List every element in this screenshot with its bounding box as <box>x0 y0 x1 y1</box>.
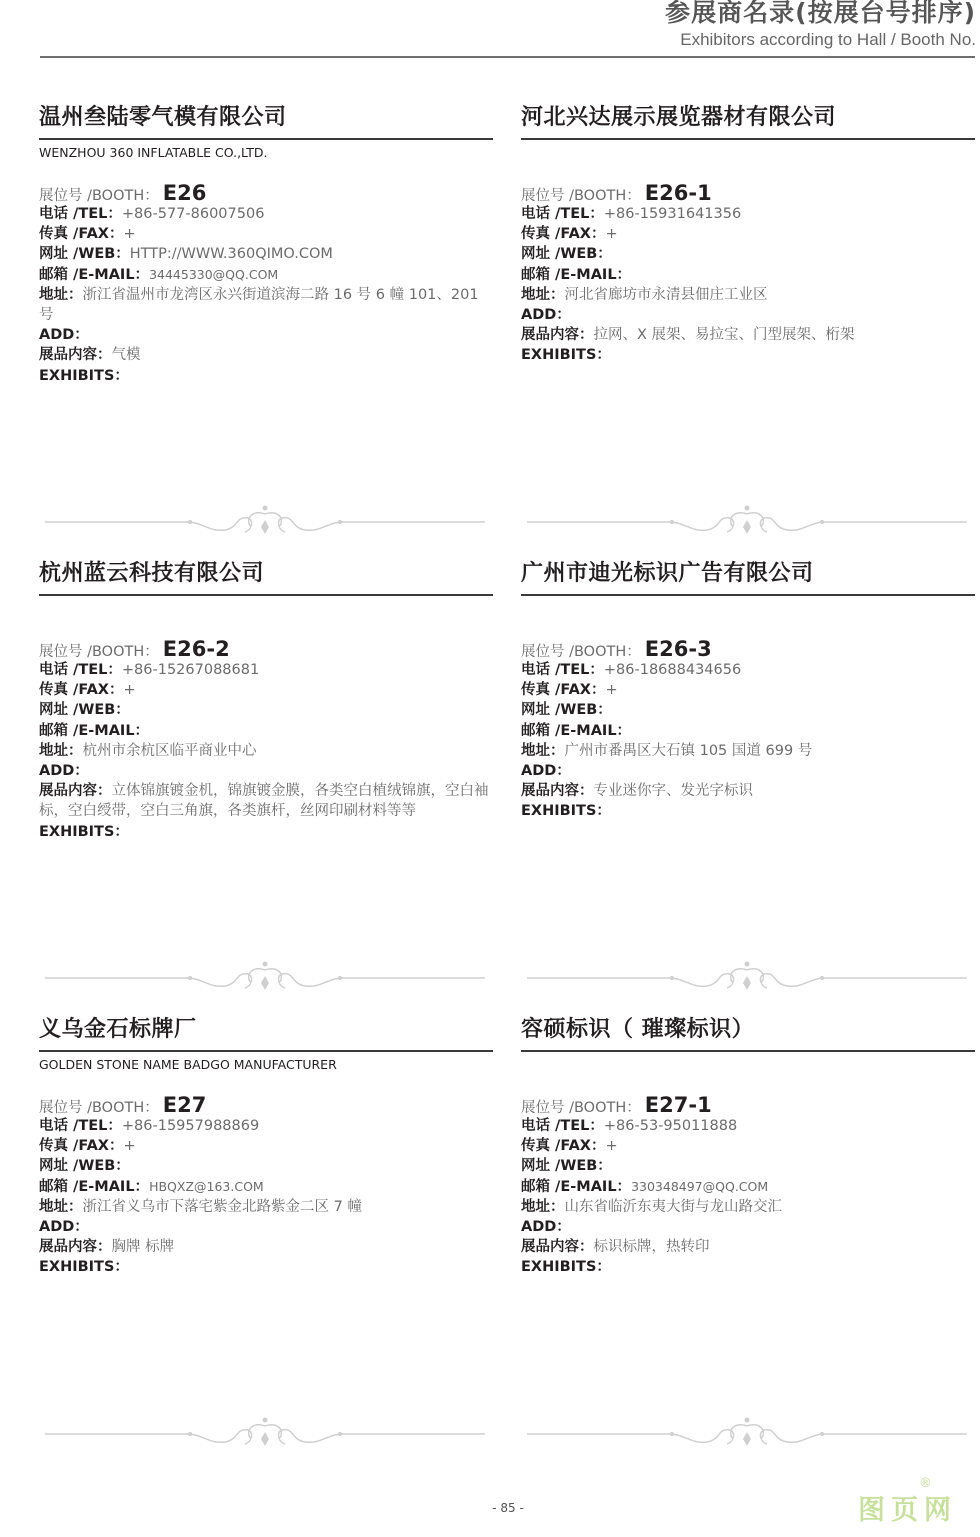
fax-row: 传真 /FAX：+ <box>521 224 975 244</box>
tel-value: +86-15957988869 <box>122 1118 259 1134</box>
tel-label: 电话 /TEL： <box>521 1118 604 1134</box>
address-value: 杭州市余杭区临平商业中心 <box>83 743 257 759</box>
exhibits-cn-label: 展品内容： <box>521 783 594 799</box>
flourish-icon <box>522 958 972 998</box>
address-row: 地址：山东省临沂东夷大街与龙山路交汇 <box>521 1197 975 1217</box>
fax-row: 传真 /FAX：+ <box>39 680 493 700</box>
fax-row: 传真 /FAX：+ <box>521 1136 975 1156</box>
flourish-icon <box>522 502 972 542</box>
page-number: - 85 - <box>0 1501 980 1515</box>
flourish-icon <box>522 1414 972 1454</box>
page-header: 参展商名录(按展台号排序) Exhibitors according to Ha… <box>665 0 976 51</box>
ornamental-divider <box>522 1414 972 1454</box>
exhibitor-entry: 容硕标识（ 璀璨标识） 展位号 /BOOTH：E27-1 电话 /TEL：+86… <box>521 1015 975 1073</box>
flourish-icon <box>40 502 490 542</box>
exhibits-en-row: EXHIBITS： <box>39 1257 493 1277</box>
fax-value: + <box>124 226 136 242</box>
web-value[interactable]: HTTP://WWW.360QIMO.COM <box>130 246 333 262</box>
web-row: 网址 /WEB： <box>521 244 975 264</box>
address-row: 地址：杭州市余杭区临平商业中心 <box>39 741 493 761</box>
ornamental-divider <box>40 1414 490 1454</box>
title-underline <box>521 594 975 596</box>
exhibitor-details: 展位号 /BOOTH：E26-1 电话 /TEL：+86-15931641356… <box>521 182 975 366</box>
add-label: ADD： <box>39 763 89 779</box>
tel-label: 电话 /TEL： <box>39 662 122 678</box>
exhibits-en-row: EXHIBITS： <box>521 345 975 365</box>
address-value: 广州市番禺区大石镇 105 国道 699 号 <box>565 743 813 759</box>
exhibits-cn-label: 展品内容： <box>521 1239 594 1255</box>
exhibitor-name-en <box>521 1057 975 1073</box>
web-row: 网址 /WEB：HTTP://WWW.360QIMO.COM <box>39 244 493 264</box>
email-row: 邮箱 /E-MAIL： <box>521 265 975 285</box>
tel-value: +86-18688434656 <box>604 662 741 678</box>
web-label: 网址 /WEB： <box>521 246 612 262</box>
address-value: 山东省临沂东夷大街与龙山路交汇 <box>565 1199 783 1215</box>
exhibits-cn-row: 展品内容：气模 <box>39 345 493 365</box>
add-row: ADD： <box>521 1217 975 1237</box>
address-label: 地址： <box>39 1199 83 1215</box>
address-label: 地址： <box>39 287 83 303</box>
exhibitor-name-cn: 广州市迪光标识广告有限公司 <box>521 559 975 589</box>
tel-row: 电话 /TEL：+86-18688434656 <box>521 660 975 680</box>
address-value: 浙江省温州市龙湾区永兴街道滨海二路 16 号 6 幢 101、201 号 <box>39 287 479 323</box>
tel-value: +86-15931641356 <box>604 206 741 222</box>
email-value[interactable]: 330348497@QQ.COM <box>631 1179 768 1194</box>
watermark-text: 图页网 <box>858 1488 957 1527</box>
add-row: ADD： <box>521 305 975 325</box>
exhibits-en-label: EXHIBITS： <box>39 368 129 384</box>
address-label: 地址： <box>521 743 565 759</box>
exhibitor-name-cn: 义乌金石标牌厂 <box>39 1015 493 1045</box>
fax-value: + <box>124 1138 136 1154</box>
exhibits-en-row: EXHIBITS： <box>39 366 493 386</box>
add-row: ADD： <box>39 1217 493 1237</box>
booth-row: 展位号 /BOOTH：E26-3 <box>521 638 975 660</box>
exhibitor-name-cn: 河北兴达展示展览器材有限公司 <box>521 103 975 133</box>
exhibits-en-label: EXHIBITS： <box>521 1259 611 1275</box>
booth-label: 展位号 /BOOTH： <box>521 188 641 204</box>
fax-label: 传真 /FAX： <box>521 1138 606 1154</box>
booth-number: E26-2 <box>163 637 230 661</box>
booth-row: 展位号 /BOOTH：E27 <box>39 1094 493 1116</box>
exhibitor-entry: 义乌金石标牌厂 GOLDEN STONE NAME BADGO MANUFACT… <box>39 1015 493 1073</box>
web-row: 网址 /WEB： <box>39 700 493 720</box>
exhibits-cn-label: 展品内容： <box>39 783 112 799</box>
fax-row: 传真 /FAX：+ <box>39 224 493 244</box>
add-label: ADD： <box>39 1219 89 1235</box>
exhibits-cn-value: 专业迷你字、发光字标识 <box>594 783 754 799</box>
add-label: ADD： <box>521 763 571 779</box>
exhibits-cn-row: 展品内容：胸牌 标牌 <box>39 1237 493 1257</box>
address-row: 地址：浙江省温州市龙湾区永兴街道滨海二路 16 号 6 幢 101、201 号 <box>39 285 493 325</box>
email-value[interactable]: HBQXZ@163.COM <box>149 1179 264 1194</box>
booth-row: 展位号 /BOOTH：E26-2 <box>39 638 493 660</box>
address-row: 地址：浙江省义乌市下落宅紫金北路紫金二区 7 幢 <box>39 1197 493 1217</box>
title-underline <box>39 1050 493 1052</box>
address-row: 地址：河北省廊坊市永清县佃庄工业区 <box>521 285 975 305</box>
booth-number: E26-1 <box>645 181 712 205</box>
exhibits-cn-row: 展品内容：立体锦旗镀金机，锦旗镀金膜，各类空白植绒锦旗，空白袖标，空白绶带，空白… <box>39 781 493 821</box>
tel-value: +86-15267088681 <box>122 662 259 678</box>
exhibits-en-label: EXHIBITS： <box>521 803 611 819</box>
watermark-logo: 图页网 ® <box>858 1476 968 1526</box>
tel-row: 电话 /TEL：+86-577-86007506 <box>39 204 493 224</box>
title-underline <box>39 594 493 596</box>
exhibits-cn-row: 展品内容：专业迷你字、发光字标识 <box>521 781 975 801</box>
address-value: 河北省廊坊市永清县佃庄工业区 <box>565 287 768 303</box>
email-row: 邮箱 /E-MAIL：330348497@QQ.COM <box>521 1177 975 1197</box>
email-label: 邮箱 /E-MAIL： <box>39 267 149 283</box>
exhibitor-name-cn: 杭州蓝云科技有限公司 <box>39 559 493 589</box>
exhibitor-details: 展位号 /BOOTH：E26-3 电话 /TEL：+86-18688434656… <box>521 638 975 822</box>
booth-label: 展位号 /BOOTH： <box>521 644 641 660</box>
email-label: 邮箱 /E-MAIL： <box>39 723 149 739</box>
fax-label: 传真 /FAX： <box>39 1138 124 1154</box>
exhibits-cn-value: 拉网、X 展架、易拉宝、门型展架、桁架 <box>594 327 855 343</box>
booth-number: E27 <box>163 1093 207 1117</box>
web-label: 网址 /WEB： <box>39 702 130 718</box>
tel-row: 电话 /TEL：+86-15931641356 <box>521 204 975 224</box>
address-label: 地址： <box>39 743 83 759</box>
exhibitor-name-en <box>521 601 975 617</box>
booth-number: E26-3 <box>645 637 712 661</box>
email-label: 邮箱 /E-MAIL： <box>39 1179 149 1195</box>
add-row: ADD： <box>39 325 493 345</box>
tel-row: 电话 /TEL：+86-53-95011888 <box>521 1116 975 1136</box>
web-label: 网址 /WEB： <box>39 1158 130 1174</box>
tel-value: +86-53-95011888 <box>604 1118 737 1134</box>
exhibits-en-label: EXHIBITS： <box>521 347 611 363</box>
exhibitor-details: 展位号 /BOOTH：E26 电话 /TEL：+86-577-86007506 … <box>39 182 493 386</box>
booth-label: 展位号 /BOOTH： <box>39 188 159 204</box>
web-label: 网址 /WEB： <box>521 702 612 718</box>
booth-row: 展位号 /BOOTH：E26-1 <box>521 182 975 204</box>
add-label: ADD： <box>39 327 89 343</box>
exhibitor-entry: 温州叁陆零气模有限公司 WENZHOU 360 INFLATABLE CO.,L… <box>39 103 493 161</box>
fax-label: 传真 /FAX： <box>39 226 124 242</box>
exhibits-en-row: EXHIBITS： <box>521 1257 975 1277</box>
tel-label: 电话 /TEL： <box>521 206 604 222</box>
tel-label: 电话 /TEL： <box>39 1118 122 1134</box>
booth-label: 展位号 /BOOTH： <box>39 644 159 660</box>
email-label: 邮箱 /E-MAIL： <box>521 723 631 739</box>
tel-value: +86-577-86007506 <box>122 206 265 222</box>
exhibits-cn-label: 展品内容： <box>39 1239 112 1255</box>
address-value: 浙江省义乌市下落宅紫金北路紫金二区 7 幢 <box>83 1199 362 1215</box>
page-title-en: Exhibitors according to Hall / Booth No. <box>665 29 976 51</box>
add-label: ADD： <box>521 307 571 323</box>
booth-number: E26 <box>163 181 207 205</box>
fax-label: 传真 /FAX： <box>39 682 124 698</box>
exhibitor-entry: 广州市迪光标识广告有限公司 展位号 /BOOTH：E26-3 电话 /TEL：+… <box>521 559 975 617</box>
booth-row: 展位号 /BOOTH：E27-1 <box>521 1094 975 1116</box>
exhibits-cn-label: 展品内容： <box>521 327 594 343</box>
web-row: 网址 /WEB： <box>521 1156 975 1176</box>
tel-row: 电话 /TEL：+86-15267088681 <box>39 660 493 680</box>
exhibitor-name-en: GOLDEN STONE NAME BADGO MANUFACTURER <box>39 1057 493 1073</box>
booth-label: 展位号 /BOOTH： <box>521 1100 641 1116</box>
ornamental-divider <box>40 502 490 542</box>
exhibits-en-label: EXHIBITS： <box>39 824 129 840</box>
exhibitor-entry: 河北兴达展示展览器材有限公司 展位号 /BOOTH：E26-1 电话 /TEL：… <box>521 103 975 161</box>
web-label: 网址 /WEB： <box>521 1158 612 1174</box>
title-underline <box>521 1050 975 1052</box>
tel-row: 电话 /TEL：+86-15957988869 <box>39 1116 493 1136</box>
flourish-icon <box>40 958 490 998</box>
exhibits-cn-value: 胸牌 标牌 <box>112 1239 175 1255</box>
title-underline <box>521 138 975 140</box>
ornamental-divider <box>522 958 972 998</box>
fax-label: 传真 /FAX： <box>521 682 606 698</box>
exhibits-en-label: EXHIBITS： <box>39 1259 129 1275</box>
page-title-cn: 参展商名录(按展台号排序) <box>665 0 976 28</box>
exhibitor-name-cn: 容硕标识（ 璀璨标识） <box>521 1015 975 1045</box>
booth-number: E27-1 <box>645 1093 712 1117</box>
flourish-icon <box>40 1414 490 1454</box>
booth-row: 展位号 /BOOTH：E26 <box>39 182 493 204</box>
fax-value: + <box>606 1138 618 1154</box>
header-divider <box>40 56 975 58</box>
registered-mark-icon: ® <box>919 1476 932 1491</box>
email-row: 邮箱 /E-MAIL：HBQXZ@163.COM <box>39 1177 493 1197</box>
exhibits-cn-row: 展品内容：标识标牌，热转印 <box>521 1237 975 1257</box>
web-row: 网址 /WEB： <box>521 700 975 720</box>
exhibitor-details: 展位号 /BOOTH：E27 电话 /TEL：+86-15957988869 传… <box>39 1094 493 1278</box>
web-row: 网址 /WEB： <box>39 1156 493 1176</box>
exhibits-cn-value: 气模 <box>112 347 141 363</box>
fax-value: + <box>606 226 618 242</box>
fax-value: + <box>124 682 136 698</box>
exhibitor-details: 展位号 /BOOTH：E27-1 电话 /TEL：+86-53-95011888… <box>521 1094 975 1278</box>
exhibitor-name-en <box>39 601 493 617</box>
exhibitor-name-cn: 温州叁陆零气模有限公司 <box>39 103 493 133</box>
email-label: 邮箱 /E-MAIL： <box>521 1179 631 1195</box>
email-row: 邮箱 /E-MAIL：34445330@QQ.COM <box>39 265 493 285</box>
address-label: 地址： <box>521 1199 565 1215</box>
booth-label: 展位号 /BOOTH： <box>39 1100 159 1116</box>
add-label: ADD： <box>521 1219 571 1235</box>
ornamental-divider <box>522 502 972 542</box>
address-row: 地址：广州市番禺区大石镇 105 国道 699 号 <box>521 741 975 761</box>
title-underline <box>39 138 493 140</box>
address-label: 地址： <box>521 287 565 303</box>
fax-row: 传真 /FAX：+ <box>521 680 975 700</box>
exhibits-en-row: EXHIBITS： <box>39 822 493 842</box>
exhibitor-name-en: WENZHOU 360 INFLATABLE CO.,LTD. <box>39 145 493 161</box>
exhibits-en-row: EXHIBITS： <box>521 801 975 821</box>
add-row: ADD： <box>521 761 975 781</box>
exhibitor-entry: 杭州蓝云科技有限公司 展位号 /BOOTH：E26-2 电话 /TEL：+86-… <box>39 559 493 617</box>
fax-value: + <box>606 682 618 698</box>
exhibitor-name-en <box>521 145 975 161</box>
email-value[interactable]: 34445330@QQ.COM <box>149 267 278 282</box>
exhibitor-details: 展位号 /BOOTH：E26-2 电话 /TEL：+86-15267088681… <box>39 638 493 842</box>
email-label: 邮箱 /E-MAIL： <box>521 267 631 283</box>
tel-label: 电话 /TEL： <box>39 206 122 222</box>
fax-label: 传真 /FAX： <box>521 226 606 242</box>
exhibits-cn-row: 展品内容：拉网、X 展架、易拉宝、门型展架、桁架 <box>521 325 975 345</box>
exhibits-cn-value: 标识标牌，热转印 <box>594 1239 710 1255</box>
ornamental-divider <box>40 958 490 998</box>
fax-row: 传真 /FAX：+ <box>39 1136 493 1156</box>
exhibits-cn-label: 展品内容： <box>39 347 112 363</box>
web-label: 网址 /WEB： <box>39 246 130 262</box>
email-row: 邮箱 /E-MAIL： <box>521 721 975 741</box>
email-row: 邮箱 /E-MAIL： <box>39 721 493 741</box>
tel-label: 电话 /TEL： <box>521 662 604 678</box>
add-row: ADD： <box>39 761 493 781</box>
